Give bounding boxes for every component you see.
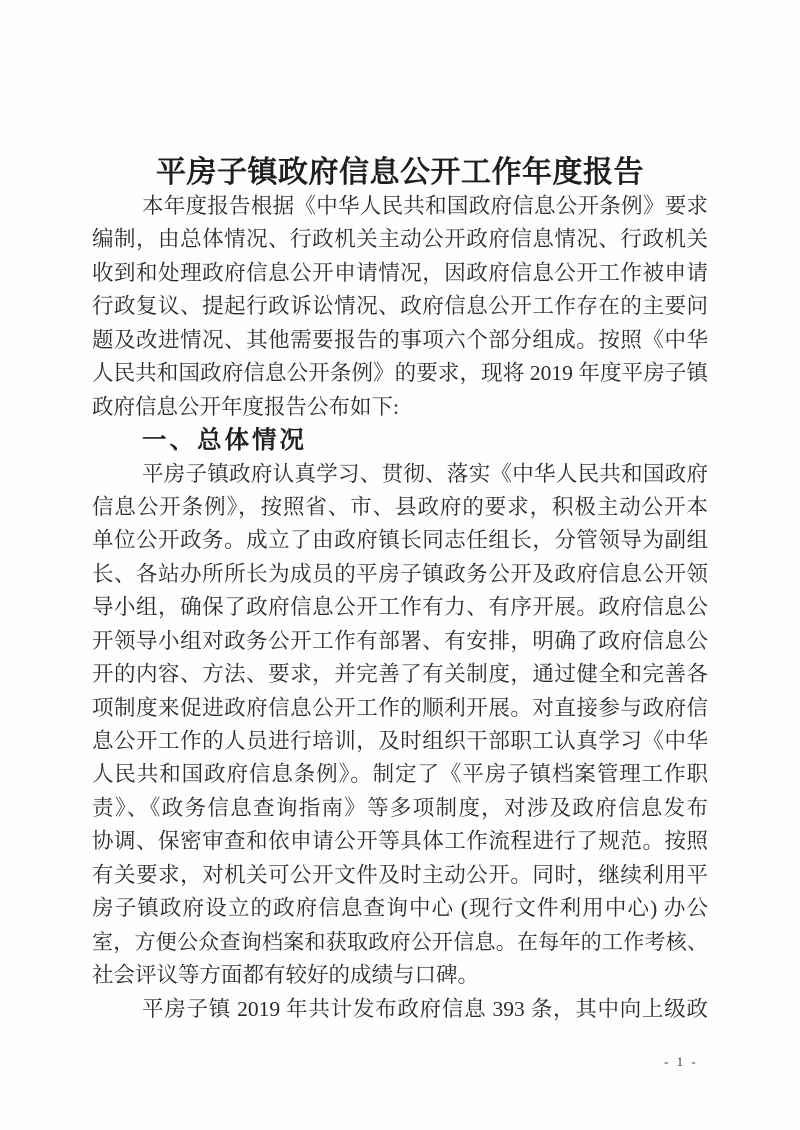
text-line: 本年度报告根据《中华人民共和国政府信息公开条例》要求 <box>92 190 708 223</box>
document-title-text: 平房子镇政府信息公开工作年度报告 <box>156 156 644 189</box>
text-line: 人民共和国政府信息公开条例》的要求，现将 2019 年度平房子镇 <box>92 357 708 390</box>
document-page: 平房子镇政府信息公开工作年度报告 本年度报告根据《中华人民共和国政府信息公开条例… <box>0 0 800 1130</box>
page-number: - 1 - <box>664 1054 698 1070</box>
text-line: 编制，由总体情况、行政机关主动公开政府信息情况、行政机关 <box>92 223 708 256</box>
text-line: 长、各站办所所长为成员的平房子镇政务公开及政府信息公开领 <box>92 558 708 591</box>
text-line: 协调、保密审查和依申请公开等具体工作流程进行了规范。按照 <box>92 825 708 858</box>
text-line: 收到和处理政府信息公开申请情况，因政府信息公开工作被申请 <box>92 257 708 290</box>
document-title: 平房子镇政府信息公开工作年度报告 <box>0 147 800 191</box>
section-heading-line: 一、总体情况 <box>92 424 708 457</box>
section-1-heading: 一、总体情况 <box>92 424 708 457</box>
text-line: 题及改进情况、其他需要报告的事项六个部分组成。按照《中华 <box>92 324 708 357</box>
text-line: 人民共和国政府信息条例》。制定了《平房子镇档案管理工作职 <box>92 758 708 791</box>
text-line: 平房子镇政府认真学习、贯彻、落实《中华人民共和国政府 <box>92 458 708 491</box>
text-line: 责》、《政务信息查询指南》等多项制度，对涉及政府信息发布 <box>92 792 708 825</box>
text-line: 房子镇政府设立的政府信息查询中心 (现行文件利用中心) 办公 <box>92 892 708 925</box>
paragraph-statistics: 平房子镇 2019 年共计发布政府信息 393 条，其中向上级政 <box>92 993 708 1026</box>
text-line: 平房子镇 2019 年共计发布政府信息 393 条，其中向上级政 <box>92 993 708 1026</box>
text-line: 开领导小组对政务公开工作有部署、有安排，明确了政府信息公 <box>92 625 708 658</box>
text-line: 导小组，确保了政府信息公开工作有力、有序开展。政府信息公 <box>92 591 708 624</box>
paragraph-intro: 本年度报告根据《中华人民共和国政府信息公开条例》要求 编制，由总体情况、行政机关… <box>92 190 708 424</box>
text-line: 有关要求，对机关可公开文件及时主动公开。同时，继续利用平 <box>92 859 708 892</box>
text-line: 项制度来促进政府信息公开工作的顺利开展。对直接参与政府信 <box>92 692 708 725</box>
text-line: 政府信息公开年度报告公布如下: <box>92 391 708 424</box>
paragraph-overall-situation: 平房子镇政府认真学习、贯彻、落实《中华人民共和国政府 信息公开条例》，按照省、市… <box>92 458 708 993</box>
text-line: 室，方便公众查询档案和获取政府公开信息。在每年的工作考核、 <box>92 926 708 959</box>
text-line: 信息公开条例》，按照省、市、县政府的要求，积极主动公开本 <box>92 491 708 524</box>
text-line: 行政复议、提起行政诉讼情况、政府信息公开工作存在的主要问 <box>92 290 708 323</box>
text-line: 开的内容、方法、要求，并完善了有关制度，通过健全和完善各 <box>92 658 708 691</box>
text-line: 息公开工作的人员进行培训，及时组织干部职工认真学习《中华 <box>92 725 708 758</box>
text-line: 单位公开政务。成立了由政府镇长同志任组长，分管领导为副组 <box>92 524 708 557</box>
text-line: 社会评议等方面都有较好的成绩与口碑。 <box>92 959 708 992</box>
document-body: 本年度报告根据《中华人民共和国政府信息公开条例》要求 编制，由总体情况、行政机关… <box>92 190 708 1026</box>
